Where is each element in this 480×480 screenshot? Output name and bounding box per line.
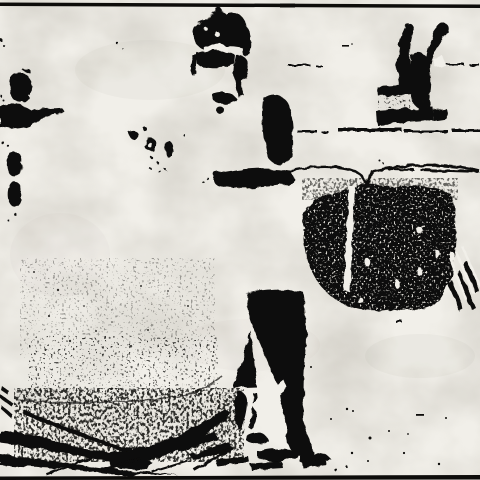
hair-highlight (204, 27, 208, 31)
speck (445, 417, 447, 419)
speck (206, 177, 209, 180)
object-highlight (148, 143, 153, 148)
speck (342, 45, 349, 47)
sunglasses-band (197, 50, 235, 68)
speck (416, 414, 424, 416)
speck (48, 315, 50, 317)
speck (165, 169, 167, 171)
hair-highlight (215, 32, 220, 37)
speck (167, 290, 169, 292)
speck (13, 212, 16, 215)
speck (117, 43, 119, 45)
motor-grain (378, 96, 430, 108)
table-edge-dash (404, 130, 448, 133)
table-edge-dash (470, 65, 480, 67)
table-edge-dash (338, 128, 402, 132)
speck (33, 271, 35, 273)
speck (184, 135, 186, 137)
sand-dash (396, 321, 403, 323)
halftone-photo (0, 0, 480, 480)
speck (345, 465, 347, 467)
speck (352, 410, 354, 412)
speck (202, 181, 204, 183)
speck (187, 305, 189, 307)
speck (367, 460, 369, 462)
speck (407, 433, 409, 435)
speck (157, 162, 159, 164)
tone-patch (75, 40, 225, 100)
speck (151, 157, 153, 159)
speck (388, 430, 390, 432)
speck (438, 463, 440, 465)
speck (335, 469, 338, 472)
net-and-canoe (0, 336, 244, 475)
tone-patch (365, 334, 475, 378)
speck (83, 305, 85, 307)
speck (403, 452, 405, 454)
speck (7, 219, 9, 221)
speck (159, 171, 161, 173)
net-grain-upper (28, 336, 218, 394)
throat-shadow (217, 108, 225, 115)
speck (7, 145, 9, 147)
speck (95, 330, 97, 332)
motor-step (433, 108, 447, 121)
speck (140, 285, 142, 287)
table-edge-dash (288, 64, 310, 66)
speck (330, 418, 332, 420)
speck (351, 452, 353, 454)
speck (3, 45, 5, 47)
speck (147, 329, 149, 331)
speck (1, 141, 4, 144)
speck (346, 408, 348, 410)
table-edge-dash (316, 66, 323, 68)
speck (57, 289, 59, 291)
speck (121, 47, 123, 49)
frame-top-blob (280, 4, 295, 8)
table-edge-dash (322, 132, 329, 134)
speck (383, 163, 385, 165)
table-edge-dash (452, 129, 480, 132)
table-edge-dash (297, 130, 317, 133)
child-leg (8, 182, 22, 207)
hand-object-blob (144, 128, 148, 132)
speck (149, 167, 151, 169)
speck (2, 99, 4, 101)
speck (351, 43, 353, 45)
speck (310, 366, 312, 368)
speck (379, 160, 381, 162)
speck (111, 321, 113, 323)
speck (369, 437, 372, 440)
photo-canvas (0, 0, 480, 480)
